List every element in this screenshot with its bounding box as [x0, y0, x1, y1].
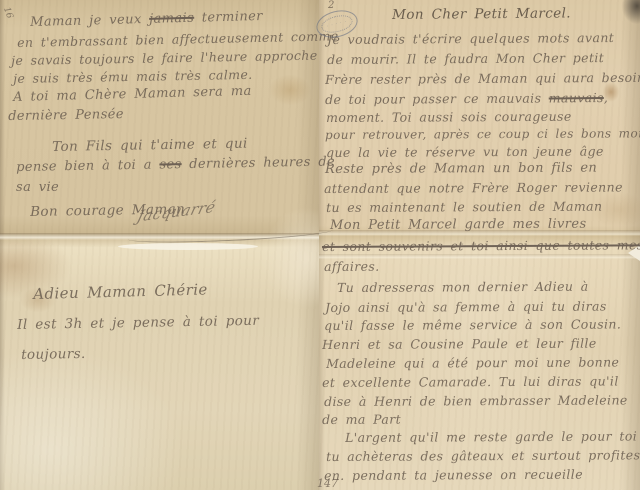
handwritten-line: toujours.	[21, 346, 86, 363]
handwritten-line: tu achèteras des gâteaux et surtout prof…	[326, 447, 640, 464]
handwritten-line: sa vie	[16, 180, 59, 195]
handwritten-line: Madeleine qui a été pour moi une bonne	[326, 354, 619, 371]
handwritten-line: que la vie te réserve vu ton jeune âge	[326, 144, 604, 160]
handwritten-line: pour retrouver, après ce coup ci les bon…	[325, 126, 640, 142]
handwritten-line: Frère rester près de Maman qui aura beso…	[325, 70, 640, 87]
handwritten-line: dise à Henri de bien embrasser Madeleine	[324, 392, 628, 409]
handwritten-line: de ma Part	[322, 412, 401, 427]
handwritten-line: Tu adresseras mon dernier Adieu à	[337, 279, 589, 295]
handwritten-line: de toi pour passer ce mauvais mauvais,	[325, 90, 608, 107]
handwritten-line: Mon Petit Marcel garde mes livres	[330, 217, 587, 233]
line-text: terminer	[194, 9, 263, 26]
handwritten-line: attendant que notre Frère Roger revienne	[324, 179, 623, 196]
handwritten-line: en. pendant ta jeunesse on recueille	[324, 467, 583, 483]
handwritten-line: de mourir. Il te faudra Mon Cher petit	[327, 50, 604, 67]
handwritten-line: Jojo ainsi qu'à sa femme à qui tu diras	[325, 299, 607, 315]
right-page-number-bottom: 147	[317, 477, 338, 490]
letter-scan: 16 Maman je veux jamais terminer en t'em…	[0, 0, 640, 490]
struck-word: jamais	[149, 11, 194, 27]
letter-title: Mon Cher Petit Marcel.	[392, 5, 571, 23]
line-text: ,	[604, 90, 608, 105]
handwritten-line: Ton Fils qui t'aime et qui	[52, 136, 248, 155]
handwritten-line: tu es maintenant le soutien de Maman	[326, 199, 602, 215]
right-page-number-top: 2	[328, 0, 334, 11]
line-text: pense bien à toi a	[16, 157, 160, 174]
line-text: Maman je veux	[30, 12, 149, 30]
handwritten-line: qu'il fasse le même service à son Cousin…	[324, 316, 621, 333]
handwritten-line: Reste près de Maman un bon fils en	[325, 161, 597, 177]
handwritten-line: Je voudrais t'écrire quelques mots avant	[327, 30, 614, 47]
handwritten-line: L'argent qu'il me reste garde le pour to…	[345, 428, 637, 445]
handwritten-line: affaires.	[324, 259, 380, 274]
handwritten-line: Henri et sa Cousine Paule et leur fille	[322, 336, 597, 352]
line-text: dernières heures de	[182, 154, 336, 172]
handwritten-line: et excellente Camarade. Tu lui diras qu'…	[322, 373, 619, 390]
handwritten-line: dernière Pensée	[8, 107, 124, 124]
handwritten-line: moment. Toi aussi sois courageuse	[326, 109, 572, 125]
line-text: de toi pour passer ce mauvais	[325, 90, 549, 107]
struck-line: et sont souvenirs et toi ainsi que toute…	[322, 237, 640, 254]
struck-word: mauvais	[549, 90, 604, 105]
struck-word: ses	[159, 157, 182, 172]
